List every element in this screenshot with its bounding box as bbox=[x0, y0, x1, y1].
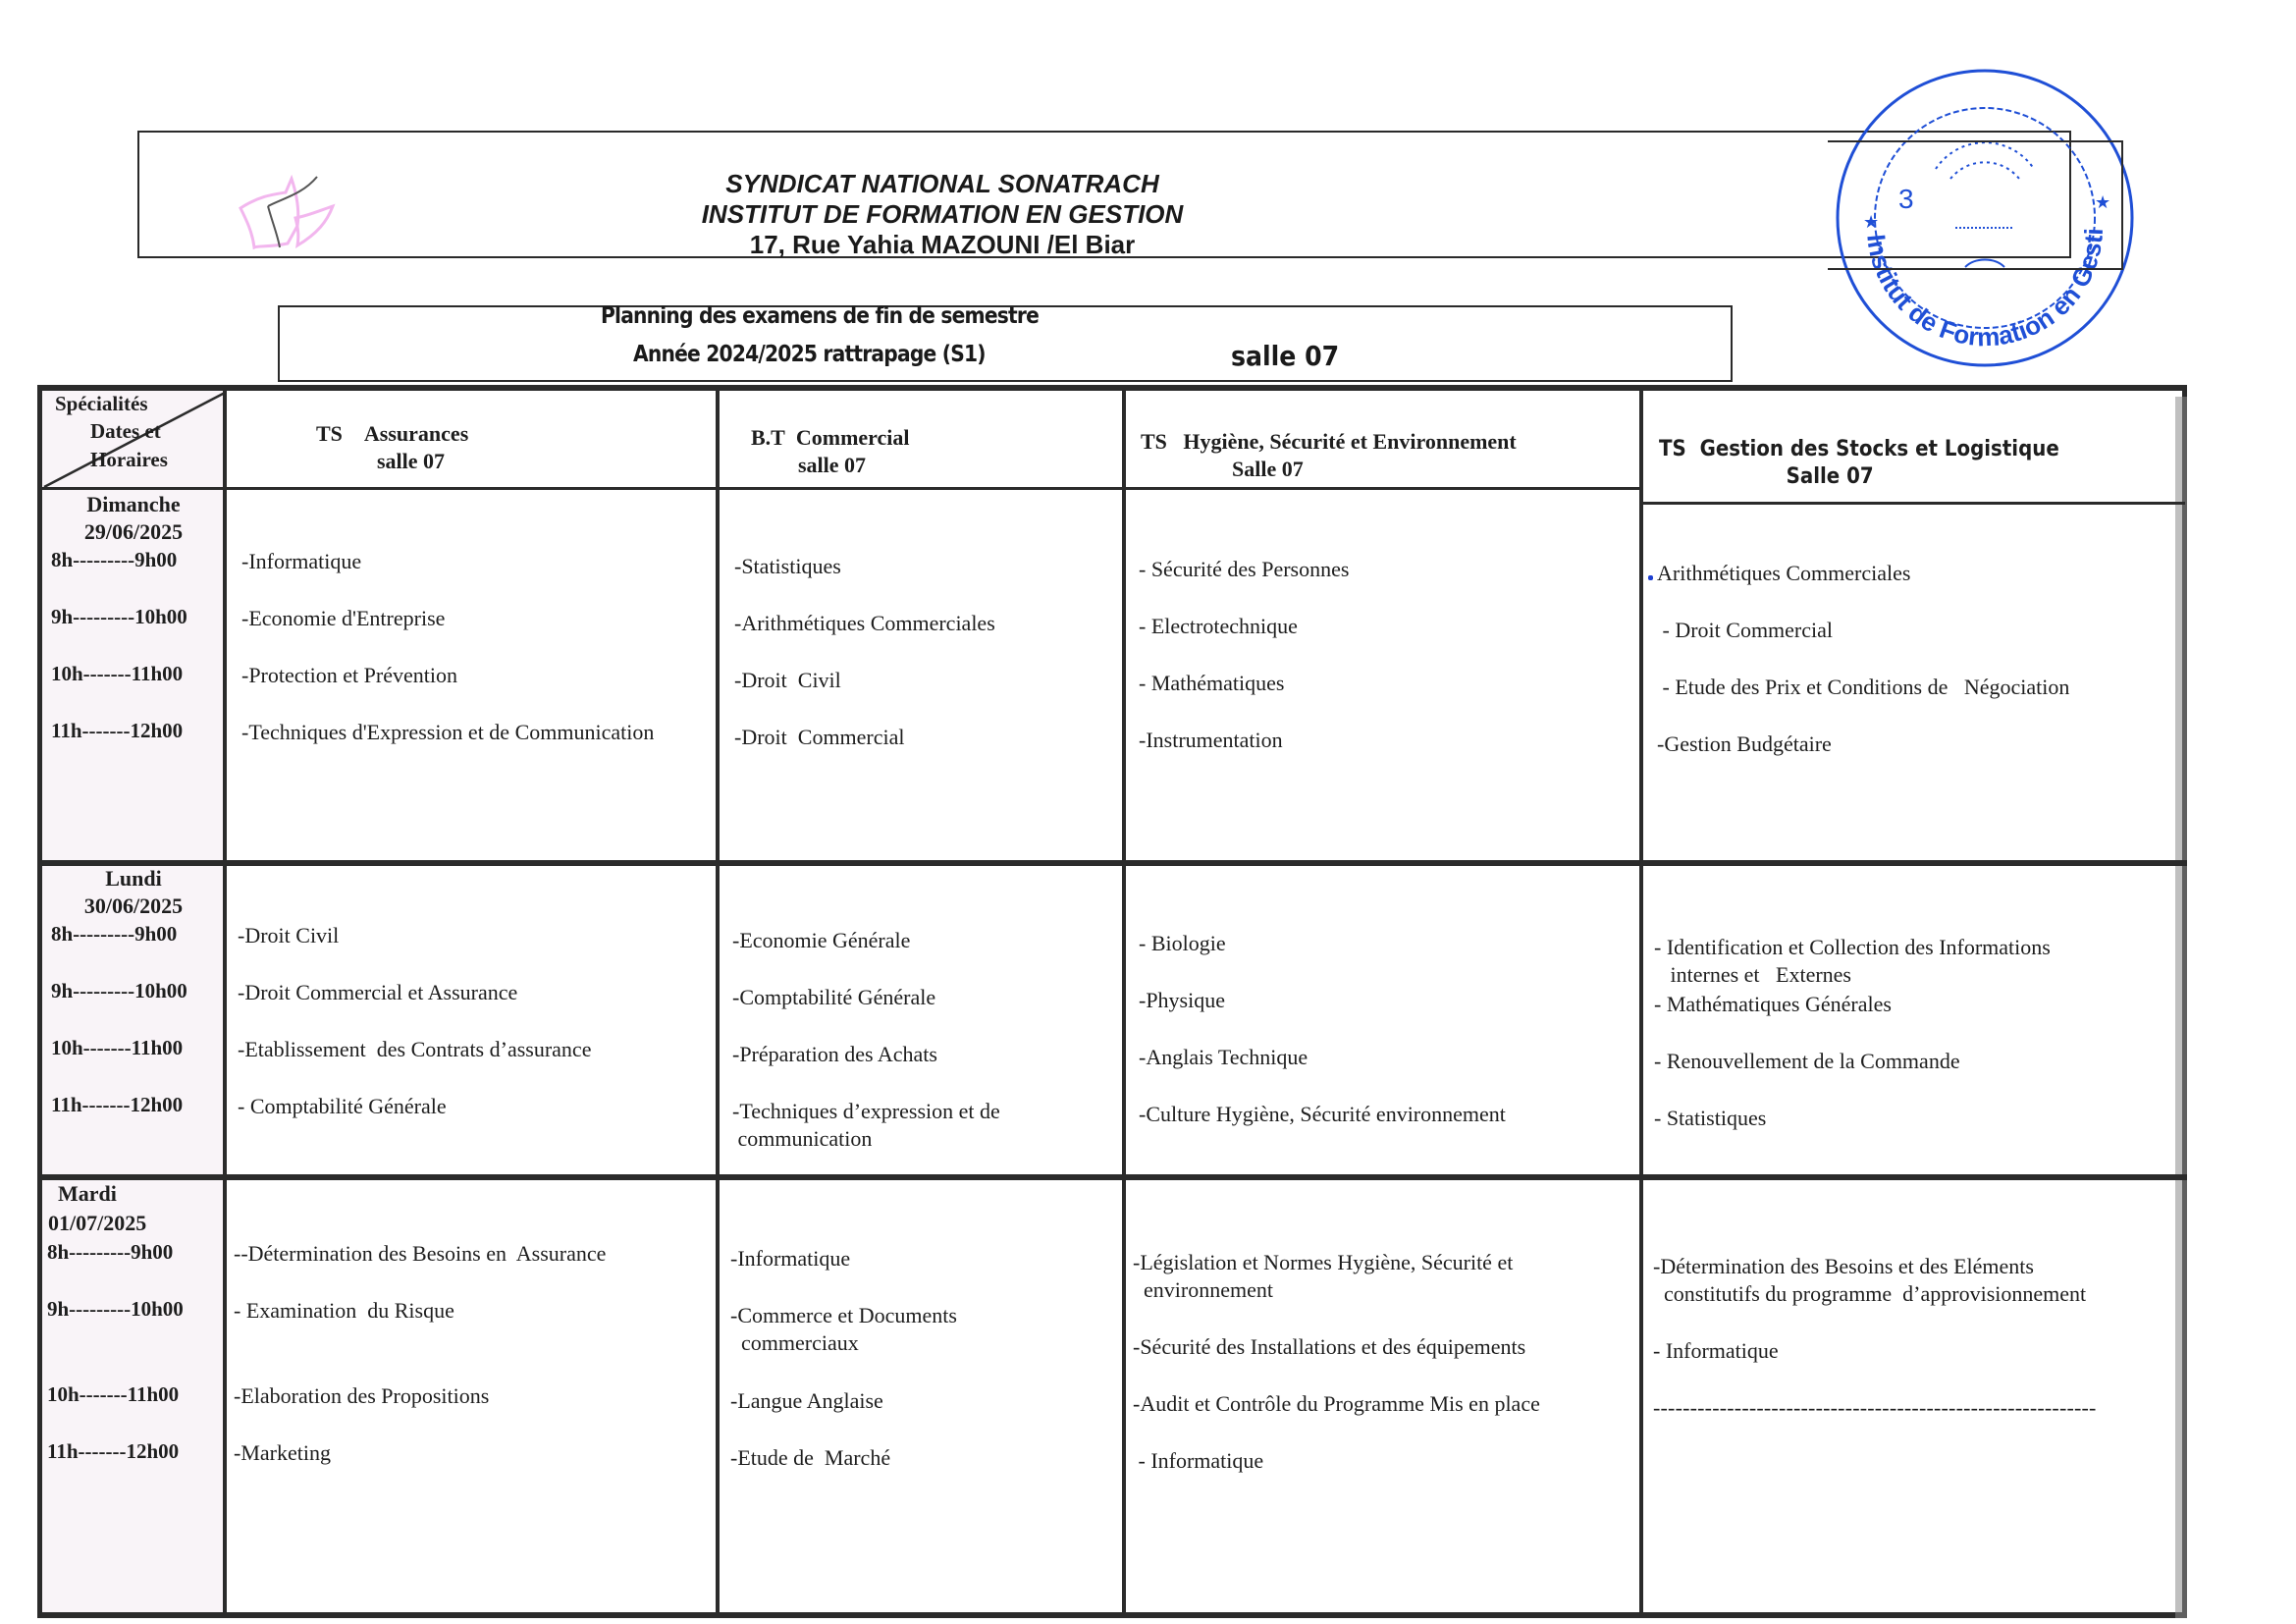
official-stamp-icon: Institut de Formation en Gestion - Alger… bbox=[1828, 61, 2142, 375]
column-room: salle 07 bbox=[751, 453, 866, 477]
column-header-bt-commercial: B.T Commercial salle 07 bbox=[751, 424, 910, 479]
exam-subject: - Statistiques bbox=[1654, 1105, 1766, 1132]
exam-subject: --Détermination des Besoins en Assurance bbox=[234, 1240, 606, 1268]
time-slot: 11h-------12h00 bbox=[47, 1439, 179, 1464]
column-name: Hygiène, Sécurité et Environnement bbox=[1183, 429, 1516, 454]
exam-subject: -Arithmétiques Commerciales bbox=[734, 610, 995, 637]
exam-subject: -Culture Hygiène, Sécurité environnement bbox=[1139, 1101, 1506, 1128]
column-divider bbox=[223, 385, 227, 1618]
room-label: salle 07 bbox=[1231, 340, 1339, 372]
column-name: Assurances bbox=[364, 421, 468, 446]
svg-text:3: 3 bbox=[1898, 184, 1914, 214]
header-address: 17, Rue Yahia MAZOUNI /El Biar bbox=[628, 230, 1256, 260]
time-slot: 8h---------9h00 bbox=[51, 548, 177, 572]
exam-subject: - Mathématiques bbox=[1139, 670, 1284, 697]
corner-label-dates: Dates et bbox=[90, 420, 161, 442]
column-header-ts-assurances: TS Assurances salle 07 bbox=[316, 420, 468, 475]
header-line-1: SYNDICAT NATIONAL SONATRACH bbox=[628, 169, 1256, 199]
day-date: 01/07/2025 bbox=[42, 1210, 225, 1236]
exam-subject: -Protection et Prévention bbox=[241, 662, 457, 689]
exam-subject: -Marketing bbox=[234, 1439, 331, 1467]
exam-subject: -Elaboration des Propositions bbox=[234, 1382, 489, 1410]
time-slot: 10h-------11h00 bbox=[51, 662, 183, 686]
column-header-ts-gestion-stocks: TS Gestion des Stocks et Logistique Sall… bbox=[1659, 436, 2059, 491]
exam-subject: - Comptabilité Générale bbox=[238, 1093, 447, 1120]
column-header-ts-hse: TS Hygiène, Sécurité et Environnement Sa… bbox=[1141, 428, 1517, 483]
exam-subject: - Renouvellement de la Commande bbox=[1654, 1048, 1960, 1075]
exam-subject: -Informatique bbox=[241, 548, 361, 575]
day-label: Lundi bbox=[42, 865, 225, 892]
exam-subject: -Techniques d'Expression et de Communica… bbox=[241, 719, 654, 746]
exam-subject-empty-placeholder: ----------------------------------------… bbox=[1653, 1394, 2097, 1422]
day-row-divider bbox=[37, 1174, 2187, 1180]
time-slot: 9h---------10h00 bbox=[47, 1297, 184, 1322]
column-divider bbox=[1639, 385, 1643, 1618]
column-code: TS bbox=[1141, 429, 1167, 454]
exam-subject: -Droit Commercial bbox=[734, 724, 905, 751]
exam-subject: -Gestion Budgétaire bbox=[1657, 731, 1832, 758]
time-slot: 11h-------12h00 bbox=[51, 719, 183, 743]
exam-subject: - Identification et Collection des Infor… bbox=[1654, 934, 2051, 989]
exam-subject: - Etude des Prix et Conditions de Négoci… bbox=[1657, 674, 2069, 701]
exam-subject: -Comptabilité Générale bbox=[732, 984, 935, 1011]
exam-subject: -Economie d'Entreprise bbox=[241, 605, 445, 632]
header-row-divider bbox=[1639, 502, 2185, 505]
institution-header: SYNDICAT NATIONAL SONATRACH INSTITUT DE … bbox=[628, 169, 1256, 260]
exam-subject: -Langue Anglaise bbox=[730, 1387, 883, 1415]
exam-subject: - Examination du Risque bbox=[234, 1297, 454, 1325]
column-divider bbox=[1122, 385, 1126, 1618]
exam-subject: - Mathématiques Générales bbox=[1654, 991, 1892, 1018]
exam-subject: -Droit Commercial et Assurance bbox=[238, 979, 517, 1006]
day-label: Mardi bbox=[42, 1180, 225, 1207]
exam-subject: -Commerce et Documents commerciaux bbox=[730, 1302, 957, 1357]
exam-subject: -Droit Civil bbox=[734, 667, 841, 694]
exam-subject: -Informatique bbox=[730, 1245, 850, 1272]
exam-subject: -Audit et Contrôle du Programme Mis en p… bbox=[1133, 1390, 1540, 1418]
exam-subject: -Législation et Normes Hygiène, Sécurité… bbox=[1133, 1249, 1513, 1304]
exam-subject: -Instrumentation bbox=[1139, 727, 1283, 754]
time-slot: 10h-------11h00 bbox=[51, 1036, 183, 1060]
exam-subject: -Préparation des Achats bbox=[732, 1041, 937, 1068]
corner-label-specialites: Spécialités bbox=[55, 393, 148, 414]
header-row-divider bbox=[223, 487, 1639, 490]
exam-subject: -Etude de Marché bbox=[730, 1444, 890, 1472]
academic-year-session: Année 2024/2025 rattrapage (S1) bbox=[633, 342, 986, 367]
svg-text:★: ★ bbox=[1863, 212, 1879, 232]
column-room: Salle 07 bbox=[1141, 457, 1304, 481]
time-slot: 8h---------9h00 bbox=[47, 1240, 173, 1265]
svg-text:★: ★ bbox=[2095, 192, 2110, 212]
column-name: Gestion des Stocks et Logistique bbox=[1700, 437, 2059, 461]
column-room: Salle 07 bbox=[1659, 464, 1874, 489]
exam-subject: - Biologie bbox=[1139, 930, 1226, 957]
exam-subject: - Sécurité des Personnes bbox=[1139, 556, 1349, 583]
day-date: 30/06/2025 bbox=[42, 893, 225, 919]
planning-title: Planning des examens de fin de semestre bbox=[601, 303, 1039, 329]
exam-subject: -Economie Générale bbox=[732, 927, 910, 954]
corner-label-horaires: Horaires bbox=[90, 449, 168, 470]
exam-subject: -Techniques d’expression et de communica… bbox=[732, 1098, 1000, 1153]
exam-subject: - Droit Commercial bbox=[1657, 617, 1833, 644]
time-slot: 10h-------11h00 bbox=[47, 1382, 179, 1407]
exam-subject: -Physique bbox=[1139, 987, 1225, 1014]
pen-mark bbox=[1648, 575, 1653, 580]
column-code: TS bbox=[316, 421, 343, 446]
column-divider bbox=[716, 385, 720, 1618]
exam-subject: - Informatique bbox=[1133, 1447, 1263, 1475]
exam-subject: Arithmétiques Commerciales bbox=[1657, 560, 1910, 587]
time-slot: 8h---------9h00 bbox=[51, 922, 177, 947]
column-name: Commercial bbox=[796, 425, 910, 450]
time-slot: 11h-------12h00 bbox=[51, 1093, 183, 1117]
exam-subject: -Etablissement des Contrats d’assurance bbox=[238, 1036, 591, 1063]
exam-subject: -Sécurité des Installations et des équip… bbox=[1133, 1333, 1525, 1361]
exam-subject: -Droit Civil bbox=[238, 922, 339, 949]
column-code: B.T bbox=[751, 425, 785, 450]
day-date: 29/06/2025 bbox=[42, 518, 225, 545]
day-label: Dimanche bbox=[42, 491, 225, 517]
exam-subject: - Informatique bbox=[1653, 1337, 1779, 1365]
institute-logo-icon bbox=[229, 167, 347, 255]
exam-subject: -Anglais Technique bbox=[1139, 1044, 1308, 1071]
table-shadow-edge bbox=[2175, 397, 2187, 1618]
exam-subject: -Statistiques bbox=[734, 553, 841, 580]
header-line-2: INSTITUT DE FORMATION EN GESTION bbox=[628, 199, 1256, 230]
column-code: TS bbox=[1659, 437, 1686, 461]
time-slot: 9h---------10h00 bbox=[51, 605, 187, 629]
exam-subject: - Electrotechnique bbox=[1139, 613, 1298, 640]
column-room: salle 07 bbox=[316, 449, 445, 473]
exam-subject: -Détermination des Besoins et des Elémen… bbox=[1653, 1253, 2086, 1308]
day-row-divider bbox=[37, 860, 2187, 866]
time-slot: 9h---------10h00 bbox=[51, 979, 187, 1003]
